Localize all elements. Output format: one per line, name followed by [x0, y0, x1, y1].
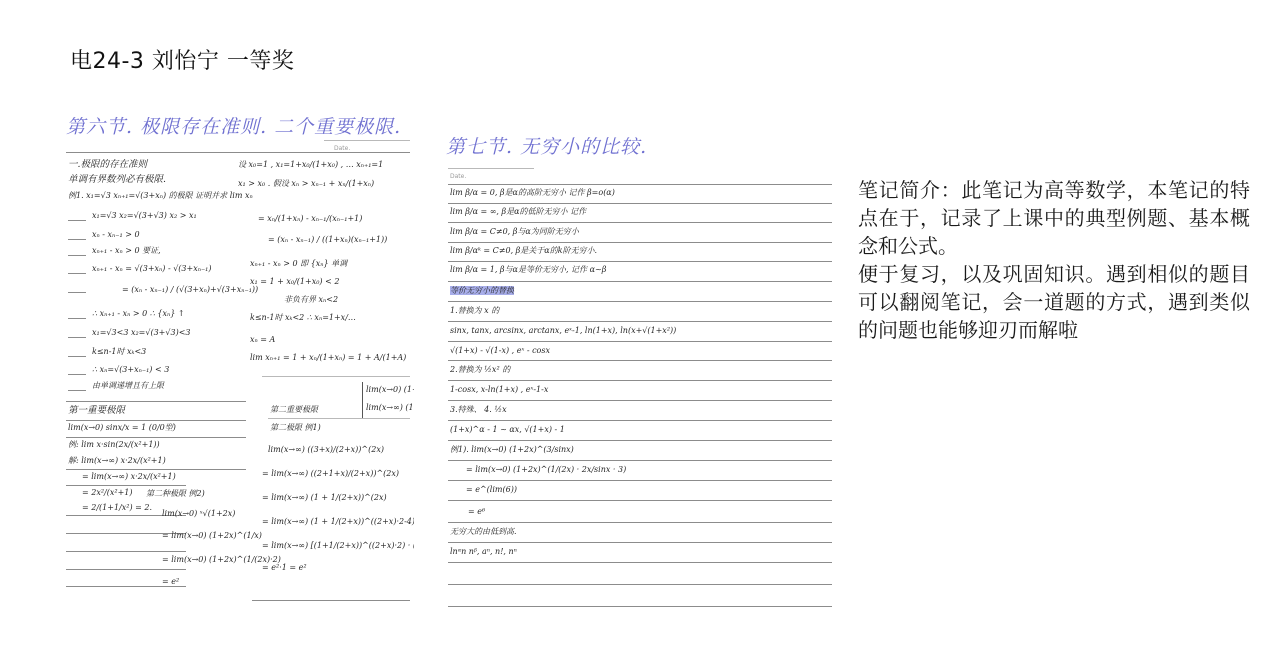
note-line: 例1. x₁=√3 xₙ₊₁=√(3+xₙ) 的极限 证明并求 lim xₙ: [68, 192, 253, 200]
note-line: 例1). lim(x→0) (1+2x)^(3/sinx): [450, 446, 574, 454]
note-line: k≤n-1时 xₖ<3: [92, 348, 146, 356]
note-line: xₙ₊₁ - xₙ = √(3+xₙ) - √(3+xₙ₋₁): [92, 265, 212, 273]
note-line: sinx, tanx, arcsinx, arctanx, eˣ-1, ln(1…: [450, 327, 676, 335]
note-line: = (xₙ - xₙ₋₁) / (√(3+xₙ)+√(3+xₙ₋₁)): [122, 286, 258, 294]
page-heading: 第六节. 极限存在准则. 二个重要极限.: [66, 112, 401, 139]
note-line: lim xₙ₊₁ = 1 + xₙ/(1+xₙ) = 1 + A/(1+A): [250, 354, 406, 362]
note-line: ∴ xₙ₊₁ - xₙ > 0 ∴ {xₙ} ↑: [92, 310, 185, 318]
note-line: 第二极限 例1): [270, 424, 321, 432]
note-line: 设 x₀=1 , x₁=1+x₀/(1+x₀) , … xₙ₊₁=1: [238, 161, 383, 169]
note-line: = 2x²/(x²+1): [82, 489, 133, 497]
note-line: xₙ = A: [250, 336, 275, 344]
note-line: x₁ > x₀ . 假设 xₙ > xₙ₋₁ + xₙ/(1+xₙ): [238, 180, 374, 188]
note-line: x₁=√3 x₂=√(3+√3) x₂ > x₁: [92, 212, 197, 220]
note-line: = 2/(1+1/x²) = 2.: [82, 504, 152, 512]
description-paragraph: 便于复习，以及巩固知识。遇到相似的题目可以翻阅笔记，会一道题的方式，遇到类似的问…: [858, 260, 1250, 344]
note-line: lim(x→∞) ((3+x)/(2+x))^(2x): [268, 446, 384, 454]
note-line: = e^(lim(6)): [466, 486, 517, 494]
note-line: xₙ₊₁ - xₙ > 0 即 {xₙ} 单调: [250, 260, 347, 268]
note-line: x₁ = 1 + x₀/(1+x₀) < 2: [250, 278, 339, 286]
formula: lim(x→∞) (1+1/x)^x = e: [366, 404, 414, 412]
note-line: = lim(x→∞) ((2+1+x)/(2+x))^(2x): [262, 470, 399, 478]
note-line: lim(x→0) sinx/x = 1 (0/0型): [68, 424, 176, 432]
section-heading: 第一重要极限: [68, 406, 125, 416]
note-line: lnᵅn nᵝ, aⁿ, n!, nⁿ: [450, 548, 517, 556]
date-label: Date.: [334, 145, 350, 152]
note-line: = lim(x→∞) (1 + 1/(2+x))^(2x): [262, 494, 387, 502]
note-line: x₁=√3<3 x₂=√(3+√3)<3: [92, 329, 190, 337]
note-line: 2.替换为 ½x² 的: [450, 366, 510, 374]
note-line: 单调有界数列必有极限.: [68, 175, 166, 185]
note-line: lim β/α = 1, β与α是等价无穷小, 记作 α~β: [450, 266, 606, 274]
note-line: lim β/α = ∞, β是α的低阶无穷小 记作: [450, 208, 586, 216]
note-line: lim β/α = 0, β是α的高阶无穷小 记作 β=o(α): [450, 189, 615, 197]
note-line: 解: lim(x→∞) x·2x/(x²+1): [68, 457, 166, 465]
note-line: 无穷大的由低到高.: [450, 528, 517, 536]
date-label: Date.: [450, 173, 466, 180]
slide-title: 电24-3 刘怡宁 一等奖: [70, 44, 294, 75]
note-line: = lim(x→∞) x·2x/(x²+1): [82, 473, 176, 481]
note-line: = lim(x→∞) (1 + 1/(2+x))^((2+x)·2-4): [262, 518, 414, 526]
note-line: (1+x)^α - 1 ~ αx, √(1+x) - 1: [450, 426, 565, 434]
page-heading: 第七节. 无穷小的比较.: [446, 132, 647, 159]
note-line: ∴ xₙ=√(3+xₙ₋₁) < 3: [92, 366, 169, 374]
notebook-page-right: 第七节. 无穷小的比较. Date. lim β/α = 0, β是α的高阶无穷…: [444, 128, 834, 618]
note-line: 一.极限的存在准则: [68, 160, 147, 170]
notebook-page-left: 第六节. 极限存在准则. 二个重要极限. Date. 一.极限的存在准则 单调有…: [62, 108, 414, 608]
note-line: 例: lim x·sin(2x/(x²+1)): [68, 441, 160, 449]
section-heading: 等价无穷小的替换: [450, 287, 514, 295]
note-line: = (xₙ - xₙ₋₁) / ((1+xₙ)(xₙ₋₁+1)): [268, 236, 387, 244]
note-line: = lim(x→0) (1+2x)^(1/x): [162, 532, 262, 540]
note-line: = e²: [162, 578, 179, 586]
note-line: √(1+x) - √(1-x) , eˣ - cosx: [450, 347, 550, 355]
note-line: lim β/α = C≠0, β与α为同阶无穷小: [450, 228, 579, 236]
note-line: 由单调递增且有上限: [92, 382, 164, 390]
description-paragraph: 笔记简介：此笔记为高等数学，本笔记的特点在于，记录了上课中的典型例题、基本概念和…: [858, 176, 1250, 260]
note-line: 1-cosx, x-ln(1+x) , eˣ-1-x: [450, 386, 548, 394]
note-line: = e⁶: [468, 508, 485, 516]
note-line: = xₙ/(1+xₙ) - xₙ₋₁/(xₙ₋₁+1): [258, 215, 362, 223]
note-line: 3.特殊、 4. ½x: [450, 406, 507, 414]
note-line: 非负有界 xₙ<2: [284, 296, 338, 304]
note-line: lim(x→0) ˣ√(1+2x): [162, 510, 235, 518]
note-line: k≤n-1时 xₖ<2 ∴ xₙ=1+x/…: [250, 314, 356, 322]
note-line: xₙ - xₙ₋₁ > 0: [92, 231, 140, 239]
highlighted-text: 等价无穷小的替换: [450, 286, 514, 295]
note-line: = e²·1 = e²: [262, 564, 307, 572]
note-line: xₙ₊₁ - xₙ > 0 要证,: [92, 247, 161, 255]
section-heading: 第二重要极限: [270, 406, 318, 414]
note-line: lim β/αᵏ = C≠0, β是关于α的k阶无穷小.: [450, 247, 597, 255]
formula: lim(x→0) (1+x)^(1/x) = e: [366, 386, 414, 394]
note-line: = lim(x→0) (1+2x)^(1/(2x) · 2x/sinx · 3): [466, 466, 626, 474]
note-line: = lim(x→∞) [(1+1/(2+x))^((2+x)·2) · (1+1…: [262, 542, 414, 550]
note-line: 第二种极限 例2): [146, 490, 205, 498]
note-line: 1.替换为 x 的: [450, 307, 499, 315]
notes-description: 笔记简介：此笔记为高等数学，本笔记的特点在于，记录了上课中的典型例题、基本概念和…: [858, 176, 1250, 344]
